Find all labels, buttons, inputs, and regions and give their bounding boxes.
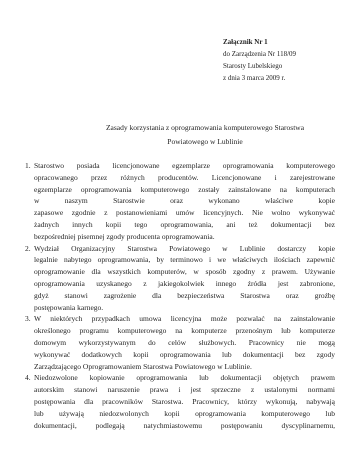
document-title: Zasady korzystania z oprogramowania komp… [75,121,335,149]
text-line: Wydział Organizacyjny Starostwa Powiatow… [34,243,335,255]
list-item-2: 2. Wydział Organizacyjny Starostwa Powia… [25,243,335,314]
text-line: wykonywać dodatkowych kopii oprogramowan… [34,349,335,361]
text-line: legalnie nabytego oprogramowania, by ter… [34,254,335,266]
text-line: gdyż stanowi zagrożenie dla bezpieczeńst… [34,290,335,302]
text-line: Zarządzającego Oprogramowaniem Starostwa… [34,361,335,373]
text-line: Starostwo posiada licencjonowane egzempl… [34,160,335,172]
annex-authority: Starosty Lubelskiego [223,60,296,72]
text-line: egzemplarze oprogramowania komputerowego… [34,184,335,196]
text-line: dokumentacji, podlegają natychmiastowemu… [34,420,335,432]
text-line: W niektórych przypadkach umowa licencyjn… [34,313,335,325]
text-line: postępowania dla pracowników Starostwa. … [34,396,335,408]
text-line: w naszym Starostwie oraz wykonano właści… [34,195,335,207]
document-body: 1. Starostwo posiada licencjonowane egze… [25,160,335,431]
document-title-line: Powiatowego w Lublinie [75,135,335,149]
annex-date: z dnia 3 marca 2009 r. [223,72,296,84]
list-item-number: 2. [25,243,34,314]
text-line: żadnych innych kopii tego oprogramowania… [34,219,335,231]
text-line: oprogramowanie dla wszystkich komputerów… [34,266,335,278]
text-line: autorskim stanowi naruszenie prawa i jes… [34,384,335,396]
annex-ordinance: do Zarządzenia Nr 118/09 [223,48,296,60]
text-line: postępowania karnego. [34,302,335,314]
list-item-4: 4. Niedozwolone kopiowanie oprogramowani… [25,372,335,431]
list-item-text: W niektórych przypadkach umowa licencyjn… [34,313,335,372]
list-item-number: 4. [25,372,34,431]
annex-reference-block: Załącznik Nr 1 do Zarządzenia Nr 118/09 … [223,36,296,84]
text-line: bezpośredniej pisemnej zgody producenta … [34,231,335,243]
text-line: zapasowe zgodnie z postanowieniami umów … [34,207,335,219]
list-item-1: 1. Starostwo posiada licencjonowane egze… [25,160,335,243]
list-item-number: 3. [25,313,34,372]
list-item-text: Niedozwolone kopiowanie oprogramowania l… [34,372,335,431]
text-line: oprogramowania uzyskanego z jakiegokolwi… [34,278,335,290]
text-line: określonego programu komputerowego na ko… [34,325,335,337]
list-item-number: 1. [25,160,34,243]
list-item-3: 3. W niektórych przypadkach umowa licenc… [25,313,335,372]
text-line: domowym wykorzystywanym do celów służbow… [34,337,335,349]
document-page: Załącznik Nr 1 do Zarządzenia Nr 118/09 … [0,0,360,466]
list-item-text: Starostwo posiada licencjonowane egzempl… [34,160,335,243]
list-item-text: Wydział Organizacyjny Starostwa Powiatow… [34,243,335,314]
annex-number: Załącznik Nr 1 [223,36,296,48]
text-line: lub używają niedozwolonych kopii oprogra… [34,408,335,420]
text-line: Niedozwolone kopiowanie oprogramowania l… [34,372,335,384]
text-line: opracowanego przez różnych producentów. … [34,172,335,184]
document-title-line: Zasady korzystania z oprogramowania komp… [75,121,335,135]
